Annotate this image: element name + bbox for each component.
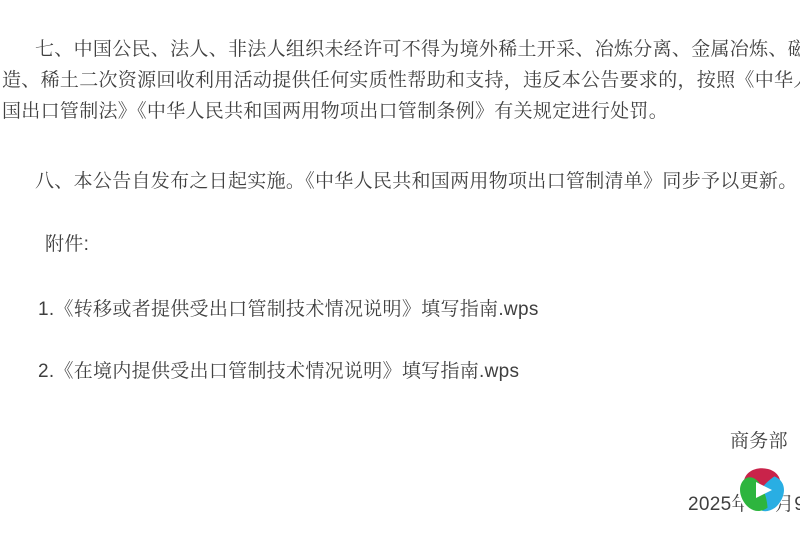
para-seven-line-3: 国出口管制法》《中华人民共和国两用物项出口管制条例》有关规定进行处罚。 (2, 99, 668, 125)
attachments-label: 附件: (45, 232, 89, 258)
announcement-document: 七、中国公民、法人、非法人组织未经许可不得为境外稀土开采、冶炼分离、金属冶炼、磁… (0, 0, 800, 533)
signature-ministry-of-commerce: 商务部 (730, 429, 788, 455)
pinwheel-play-video-logo-watermark-icon (734, 462, 790, 518)
para-seven-line-2: 造、稀土二次资源回收利用活动提供任何实质性帮助和支持，违反本公告要求的，按照《中… (2, 68, 800, 94)
attachment-link-1[interactable]: 1.《转移或者提供受出口管制技术情况说明》填写指南.wps (38, 297, 539, 323)
para-seven-line-1: 七、中国公民、法人、非法人组织未经许可不得为境外稀土开采、冶炼分离、金属冶炼、磁… (35, 37, 800, 63)
attachment-link-2[interactable]: 2.《在境内提供受出口管制技术情况说明》填写指南.wps (38, 359, 519, 385)
para-eight: 八、本公告自发布之日起实施。《中华人民共和国两用物项出口管制清单》同步予以更新。 (35, 169, 798, 195)
